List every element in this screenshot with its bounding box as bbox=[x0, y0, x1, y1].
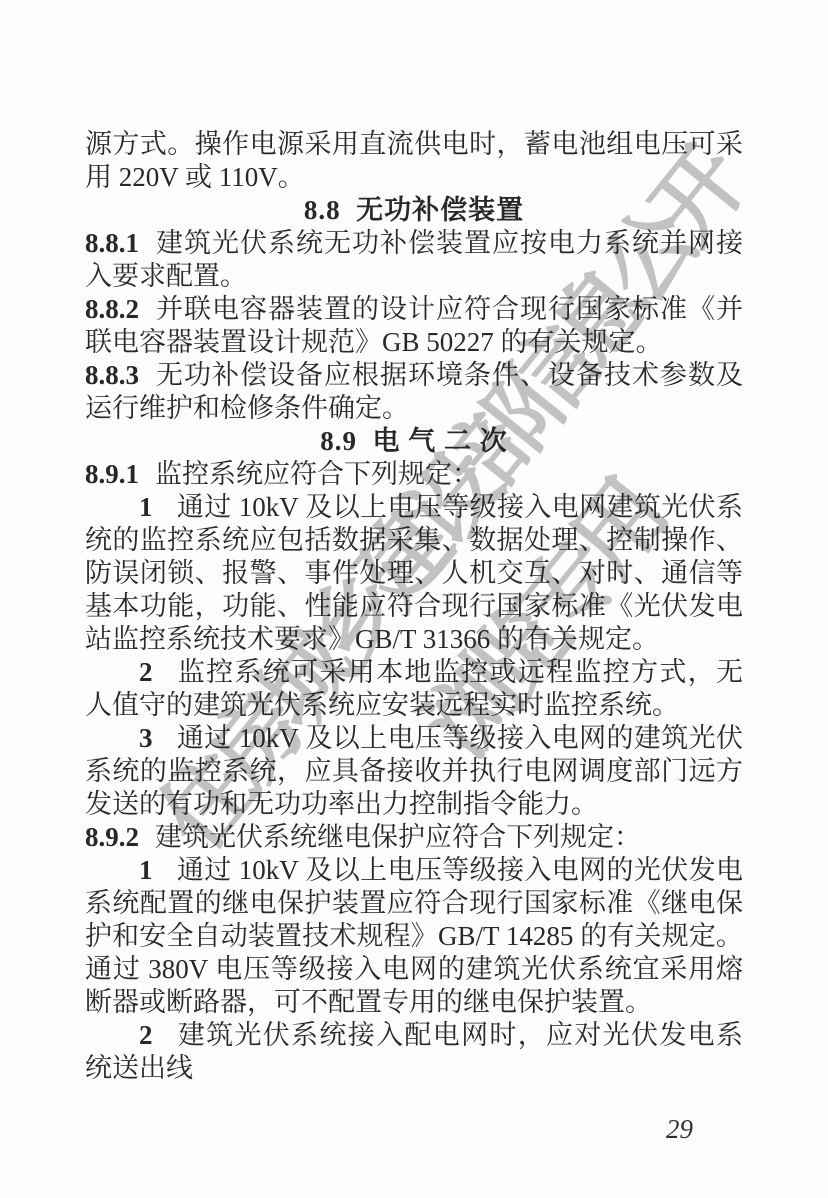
item-number: 2 bbox=[139, 657, 153, 687]
item-8-9-2-1: 1通过 10kV 及以上电压等级接入电网的光伏发电系统配置的继电保护装置应符合现… bbox=[85, 854, 743, 1019]
section-heading-8-8: 8.8 无功补偿装置 bbox=[85, 194, 743, 227]
clause-text: 建筑光伏系统继电保护应符合下列规定： bbox=[155, 822, 641, 852]
item-text: 监控系统可采用本地监控或远程监控方式，无人值守的建筑光伏系统应安装远程实时监控系… bbox=[85, 657, 743, 720]
clause-number: 8.8.1 bbox=[85, 228, 139, 258]
item-number: 3 bbox=[139, 723, 153, 753]
clause-8-8-1: 8.8.1建筑光伏系统无功补偿装置应按电力系统并网接入要求配置。 bbox=[85, 227, 743, 293]
item-text: 建筑光伏系统接入配电网时，应对光伏发电系统送出线 bbox=[85, 1020, 743, 1083]
clause-text: 建筑光伏系统无功补偿装置应按电力系统并网接入要求配置。 bbox=[85, 228, 743, 291]
item-8-9-1-1: 1通过 10kV 及以上电压等级接入电网建筑光伏系统的监控系统应包括数据采集、数… bbox=[85, 491, 743, 656]
clause-number: 8.9.1 bbox=[85, 459, 139, 489]
item-text: 通过 10kV 及以上电压等级接入电网的光伏发电系统配置的继电保护装置应符合现行… bbox=[85, 855, 743, 1017]
page-number: 29 bbox=[666, 1114, 693, 1145]
item-number: 1 bbox=[139, 855, 153, 885]
document-page: 住房城乡建设部信息公开 浏览专用 源方式。操作电源采用直流供电时，蓄电池组电压可… bbox=[0, 0, 828, 1198]
clause-number: 8.9.2 bbox=[85, 822, 139, 852]
item-8-9-2-2: 2建筑光伏系统接入配电网时，应对光伏发电系统送出线 bbox=[85, 1019, 743, 1085]
item-text: 通过 10kV 及以上电压等级接入电网建筑光伏系统的监控系统应包括数据采集、数据… bbox=[85, 492, 743, 654]
clause-text: 监控系统应符合下列规定： bbox=[155, 459, 479, 489]
item-text: 通过 10kV 及以上电压等级接入电网的建筑光伏系统的监控系统，应具备接收并执行… bbox=[85, 723, 743, 819]
intro-paragraph: 源方式。操作电源采用直流供电时，蓄电池组电压可采用 220V 或 110V。 bbox=[85, 128, 743, 194]
item-8-9-1-3: 3通过 10kV 及以上电压等级接入电网的建筑光伏系统的监控系统，应具备接收并执… bbox=[85, 722, 743, 821]
clause-text: 无功补偿设备应根据环境条件、设备技术参数及运行维护和检修条件确定。 bbox=[85, 360, 743, 423]
clause-8-9-2: 8.9.2建筑光伏系统继电保护应符合下列规定： bbox=[85, 821, 743, 854]
item-8-9-1-2: 2监控系统可采用本地监控或远程监控方式，无人值守的建筑光伏系统应安装远程实时监控… bbox=[85, 656, 743, 722]
clause-8-8-3: 8.8.3无功补偿设备应根据环境条件、设备技术参数及运行维护和检修条件确定。 bbox=[85, 359, 743, 425]
page-content: 源方式。操作电源采用直流供电时，蓄电池组电压可采用 220V 或 110V。 8… bbox=[85, 128, 743, 1085]
clause-text: 并联电容器装置的设计应符合现行国家标准《并联电容器装置设计规范》GB 50227… bbox=[85, 294, 743, 357]
clause-number: 8.8.3 bbox=[85, 360, 139, 390]
item-number: 2 bbox=[139, 1020, 153, 1050]
clause-8-8-2: 8.8.2并联电容器装置的设计应符合现行国家标准《并联电容器装置设计规范》GB … bbox=[85, 293, 743, 359]
section-heading-8-9: 8.9 电 气 二 次 bbox=[85, 425, 743, 458]
clause-number: 8.8.2 bbox=[85, 294, 139, 324]
clause-8-9-1: 8.9.1监控系统应符合下列规定： bbox=[85, 458, 743, 491]
item-number: 1 bbox=[139, 492, 153, 522]
